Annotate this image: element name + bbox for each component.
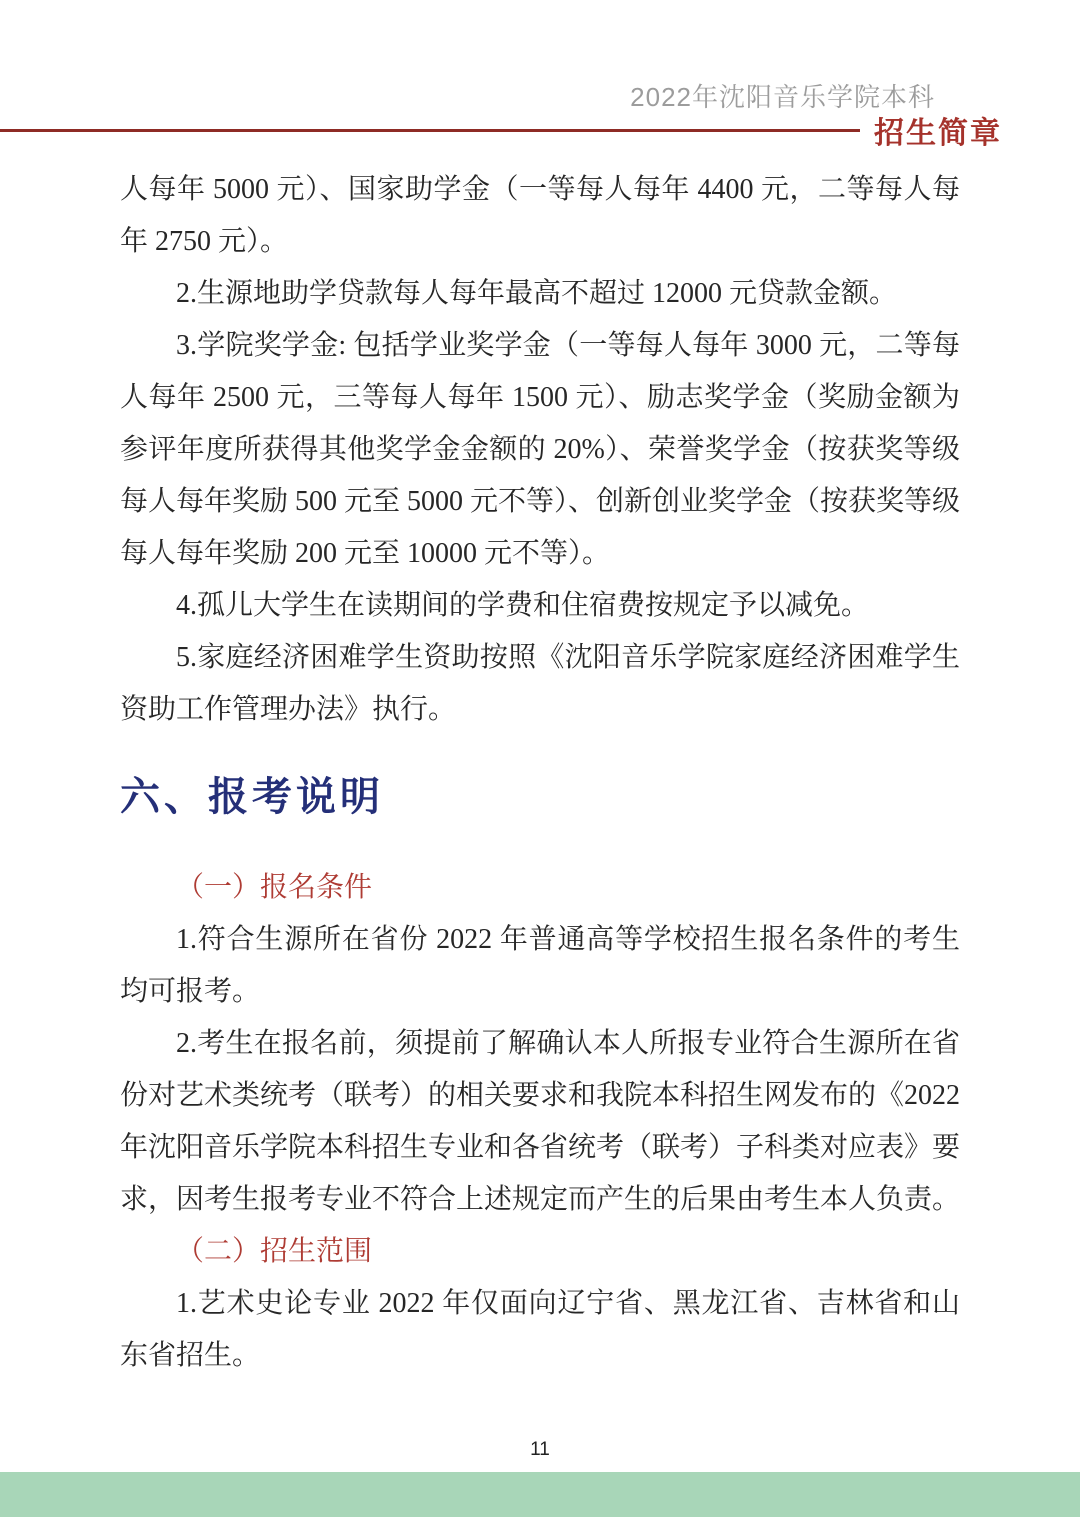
paragraph-pre-registration-confirmation: 2.考生在报名前，须提前了解确认本人所报专业符合生源所在省份对艺术类统考（联考）… (120, 1018, 960, 1226)
paragraph-student-loan: 2.生源地助学贷款每人每年最高不超过 12000 元贷款金额。 (120, 268, 960, 320)
paragraph-orphan-waiver: 4.孤儿大学生在读期间的学费和住宿费按规定予以减免。 (120, 580, 960, 632)
subheading-enrollment-scope: （二）招生范围 (120, 1226, 960, 1278)
paragraph-college-scholarships: 3.学院奖学金: 包括学业奖学金（一等每人每年 3000 元，二等每人每年 25… (120, 320, 960, 580)
document-subtitle: 招生简章 (874, 108, 1002, 152)
subheading-registration-requirements: （一）报名条件 (120, 862, 960, 914)
paragraph-scholarship-continuation: 人每年 5000 元）、国家助学金（一等每人每年 4400 元，二等每人每年 2… (120, 164, 960, 268)
page: 2022年沈阳音乐学院本科 招生简章 人每年 5000 元）、国家助学金（一等每… (0, 0, 1080, 1517)
paragraph-financial-aid-policy: 5.家庭经济困难学生资助按照《沈阳音乐学院家庭经济困难学生资助工作管理办法》执行… (120, 632, 960, 736)
paragraph-eligibility: 1.符合生源所在省份 2022 年普通高等学校招生报名条件的考生均可报考。 (120, 914, 960, 1018)
header-rule-line (0, 129, 860, 132)
document-title: 2022年沈阳音乐学院本科 (0, 82, 935, 112)
document-body: 人每年 5000 元）、国家助学金（一等每人每年 4400 元，二等每人每年 2… (120, 164, 960, 1382)
page-number: 11 (0, 1439, 1080, 1461)
footer-green-band (0, 1472, 1080, 1517)
section-heading-application-instructions: 六、报考说明 (120, 775, 960, 819)
page-header: 2022年沈阳音乐学院本科 招生简章 (0, 0, 1080, 146)
paragraph-art-history-provinces: 1.艺术史论专业 2022 年仅面向辽宁省、黑龙江省、吉林省和山东省招生。 (120, 1278, 960, 1382)
header-rule-row: 招生简章 (0, 114, 1080, 146)
